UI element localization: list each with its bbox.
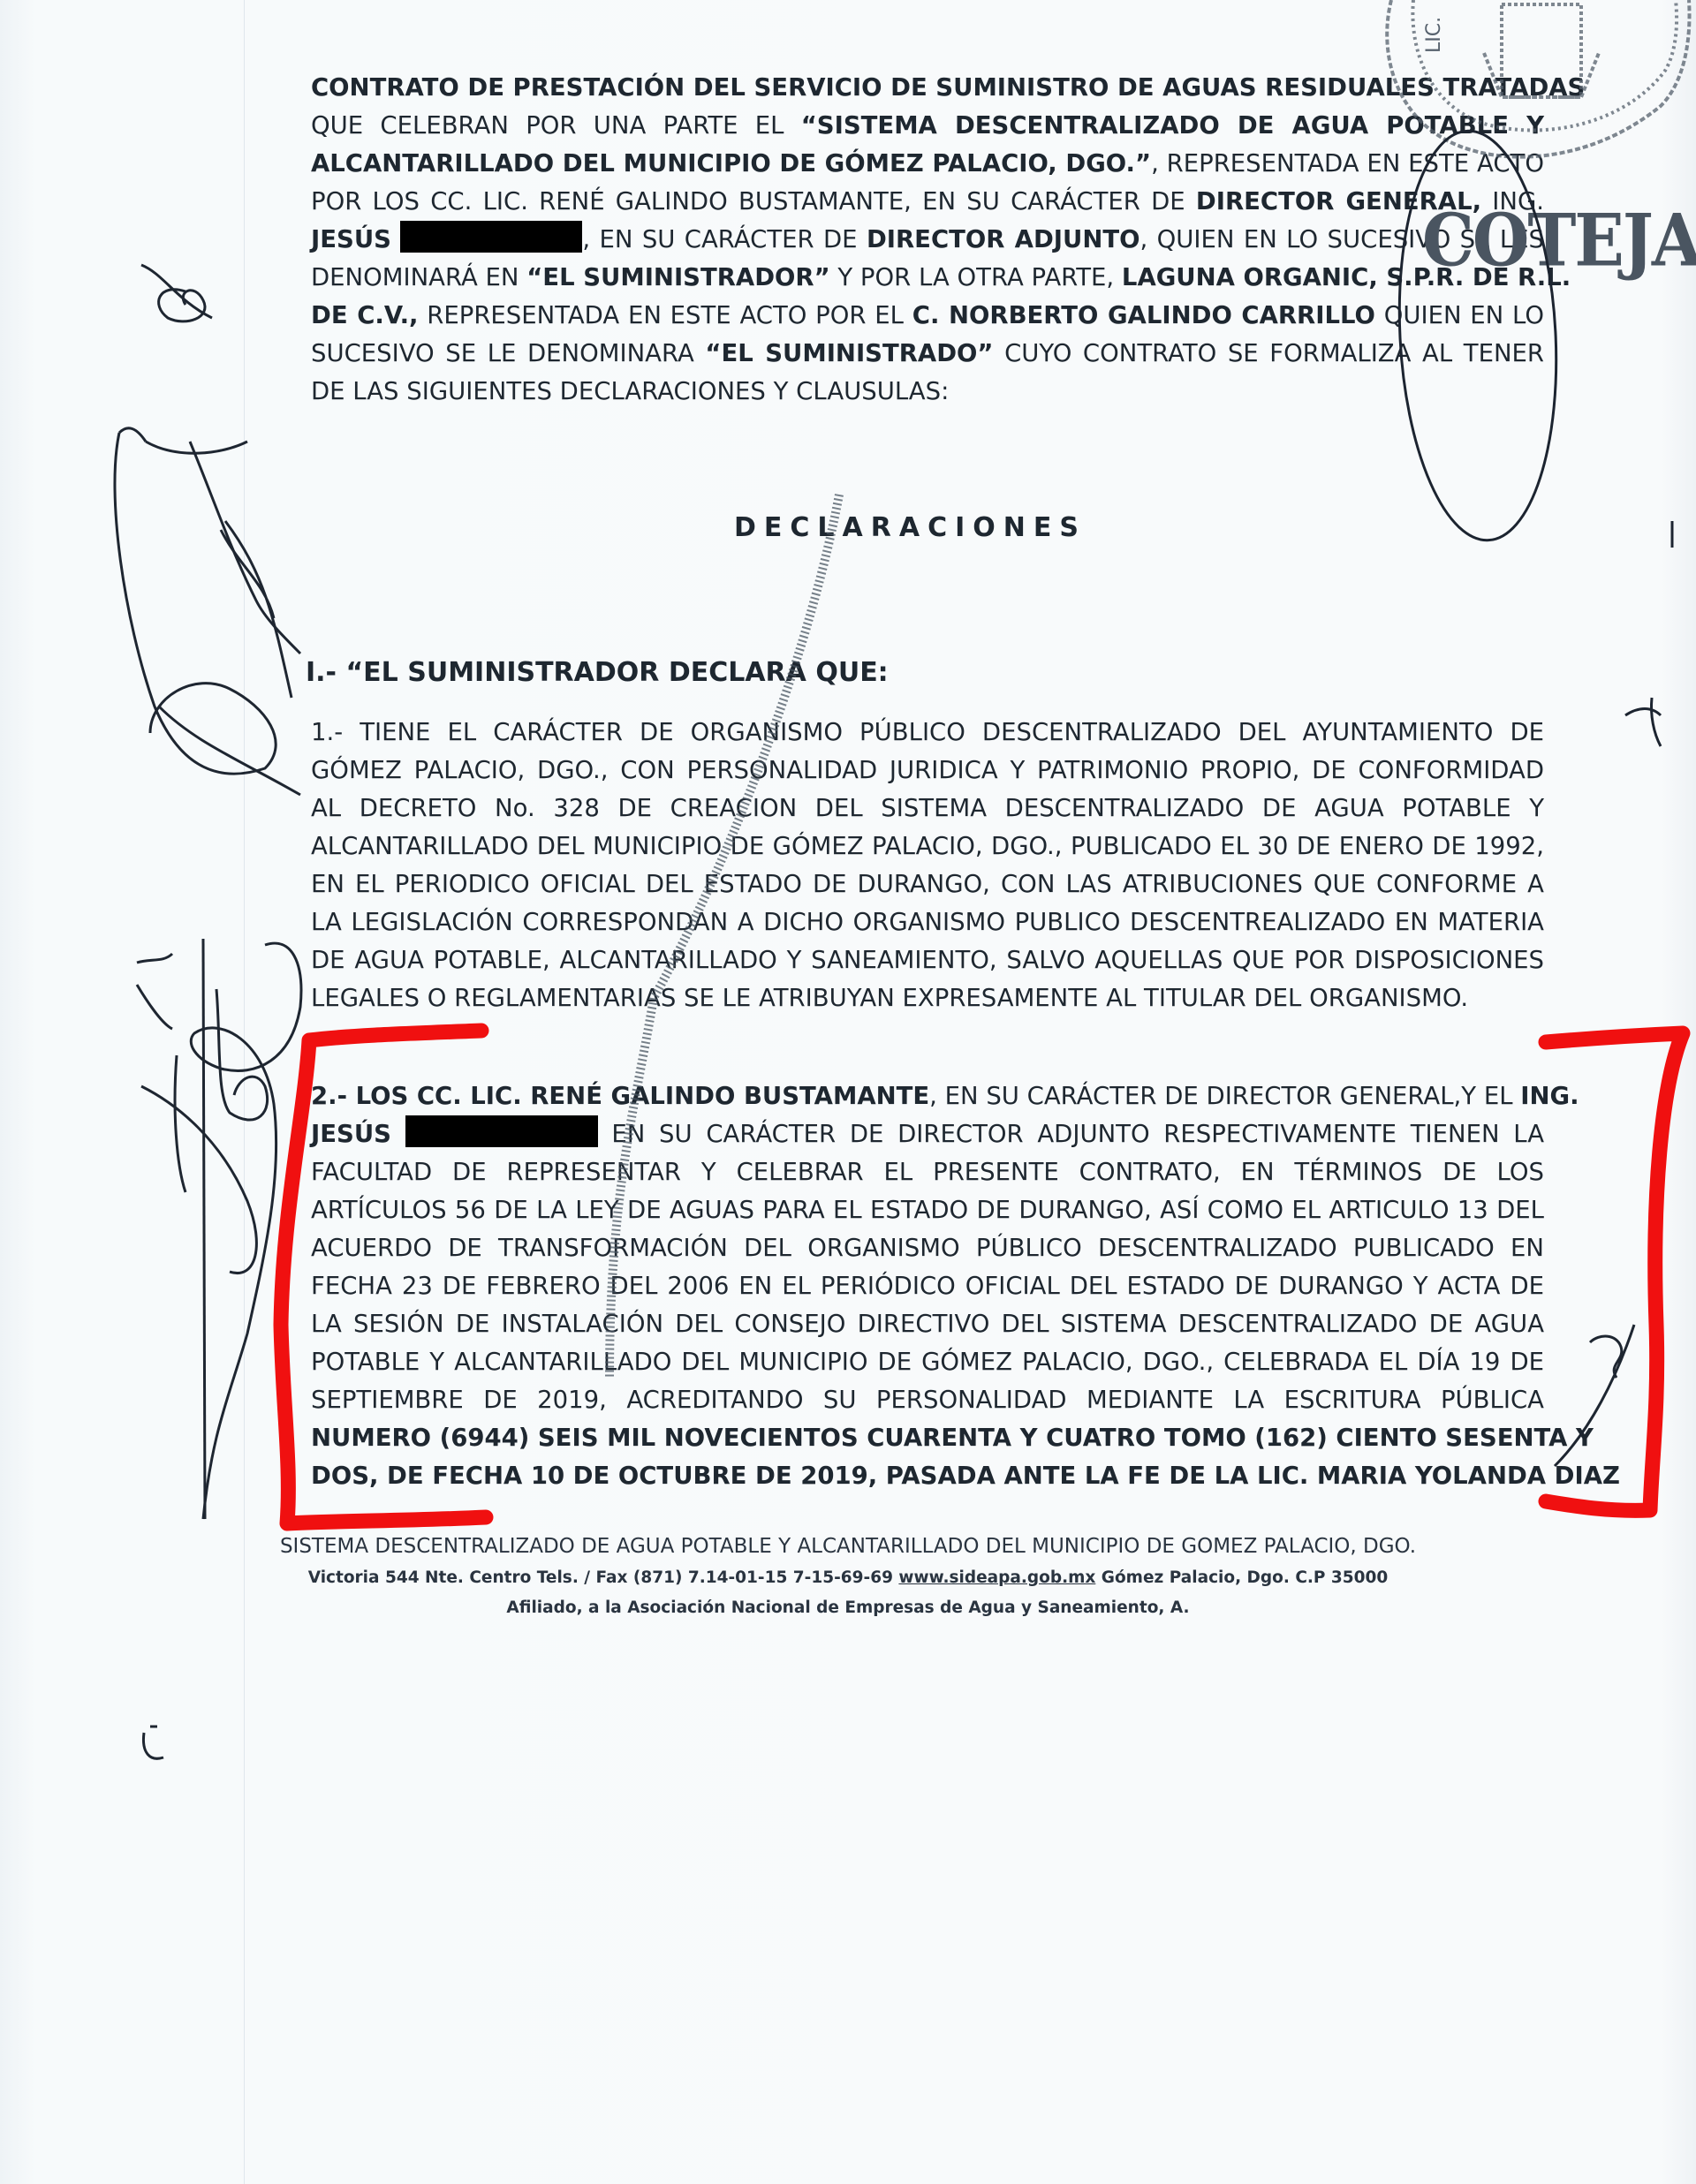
seal-text: LIC. xyxy=(1423,17,1445,53)
page-margin-line xyxy=(244,0,245,2184)
intro-line-2: QUE CELEBRAN POR UNA PARTE EL “SISTEMA D… xyxy=(311,107,1544,145)
clause-2-line: ACUERDO DE TRANSFORMACIÓN DEL ORGANISMO … xyxy=(311,1229,1544,1267)
clause-2-line-1: 2.- LOS CC. LIC. RENÉ GALINDO BUSTAMANTE… xyxy=(311,1077,1544,1115)
intro-line-1: CONTRATO DE PRESTACIÓN DEL SERVICIO DE S… xyxy=(311,69,1544,107)
intro-line-9: DE LAS SIGUIENTES DECLARACIONES Y CLAUSU… xyxy=(311,373,1544,411)
clause-1-line: 1.- TIENE EL CARÁCTER DE ORGANISMO PÚBLI… xyxy=(311,714,1544,752)
clause-2-line: ARTÍCULOS 56 DE LA LEY DE AGUAS PARA EL … xyxy=(311,1191,1544,1229)
redacted-name xyxy=(400,221,582,253)
intro-line-4: POR LOS CC. LIC. RENÉ GALINDO BUSTAMANTE… xyxy=(311,183,1544,221)
clause-1-line: AL DECRETO No. 328 DE CREACION DEL SISTE… xyxy=(311,790,1544,828)
footer-contact: Victoria 544 Nte. Centro Tels. / Fax (87… xyxy=(0,1568,1696,1587)
intro-line-7: DE C.V., REPRESENTADA EN ESTE ACTO POR E… xyxy=(311,297,1544,335)
clause-1-line: GÓMEZ PALACIO, DGO., CON PERSONALIDAD JU… xyxy=(311,752,1544,790)
clause-2-line: LA SESIÓN DE INSTALACIÓN DEL CONSEJO DIR… xyxy=(311,1305,1544,1343)
document-page: CONTRATO DE PRESTACIÓN DEL SERVICIO DE S… xyxy=(0,0,1696,2184)
signature-mark-icon xyxy=(1625,698,1661,746)
declarations-heading: DECLARACIONES xyxy=(734,512,1086,543)
cotejado-stamp: COTEJADO xyxy=(1422,200,1696,283)
clause-2-line: SEPTIEMBRE DE 2019, ACREDITANDO SU PERSO… xyxy=(311,1381,1544,1419)
clause-1-line: ALCANTARILLADO DEL MUNICIPIO DE GÓMEZ PA… xyxy=(311,828,1544,865)
clause-2: 2.- LOS CC. LIC. RENÉ GALINDO BUSTAMANTE… xyxy=(311,1077,1544,1495)
clause-1-line: LA LEGISLACIÓN CORRESPONDAN A DICHO ORGA… xyxy=(311,903,1544,941)
clause-2-bold-line: DOS, DE FECHA 10 DE OCTUBRE DE 2019, PAS… xyxy=(311,1457,1544,1495)
clause-1-line: EN EL PERIODICO OFICIAL DEL ESTADO DE DU… xyxy=(311,865,1544,903)
footer-website-link[interactable]: www.sideapa.gob.mx xyxy=(898,1568,1095,1587)
section-1-title: I.- “EL SUMINISTRADOR DECLARA QUE: xyxy=(306,657,889,688)
footer-organization: SISTEMA DESCENTRALIZADO DE AGUA POTABLE … xyxy=(0,1535,1696,1558)
intro-line-6: DENOMINARÁ EN “EL SUMINISTRADOR” Y POR L… xyxy=(311,259,1544,297)
redacted-name xyxy=(405,1115,598,1147)
intro-line-3: ALCANTARILLADO DEL MUNICIPIO DE GÓMEZ PA… xyxy=(311,145,1544,183)
intro-line-8: SUCESIVO SE LE DENOMINARA “EL SUMINISTRA… xyxy=(311,335,1544,373)
clause-2-bold-line: NUMERO (6944) SEIS MIL NOVECIENTOS CUARE… xyxy=(311,1419,1544,1457)
footer-affiliation: Afiliado, a la Asociación Nacional de Em… xyxy=(0,1598,1696,1617)
contract-intro: CONTRATO DE PRESTACIÓN DEL SERVICIO DE S… xyxy=(311,69,1544,411)
clause-2-line-2: JESÚS EN SU CARÁCTER DE DIRECTOR ADJUNTO… xyxy=(311,1115,1544,1153)
signature-left-top-icon xyxy=(115,265,300,795)
signature-left-bottom-icon xyxy=(137,939,301,1519)
clause-2-line: FACULTAD DE REPRESENTAR Y CELEBRAR EL PR… xyxy=(311,1153,1544,1191)
intro-line-5: JESÚS , EN SU CARÁCTER DE DIRECTOR ADJUN… xyxy=(311,221,1544,259)
clause-2-line: POTABLE Y ALCANTARILLADO DEL MUNICIPIO D… xyxy=(311,1343,1544,1381)
clause-2-line: FECHA 23 DE FEBRERO DEL 2006 EN EL PERIÓ… xyxy=(311,1267,1544,1305)
clause-1-line: LEGALES O REGLAMENTARIAS SE LE ATRIBUYAN… xyxy=(311,979,1544,1017)
margin-mark-icon xyxy=(143,1727,163,1758)
clause-1-line: DE AGUA POTABLE, ALCANTARILLADO Y SANEAM… xyxy=(311,941,1544,979)
clause-1: 1.- TIENE EL CARÁCTER DE ORGANISMO PÚBLI… xyxy=(311,714,1544,1017)
